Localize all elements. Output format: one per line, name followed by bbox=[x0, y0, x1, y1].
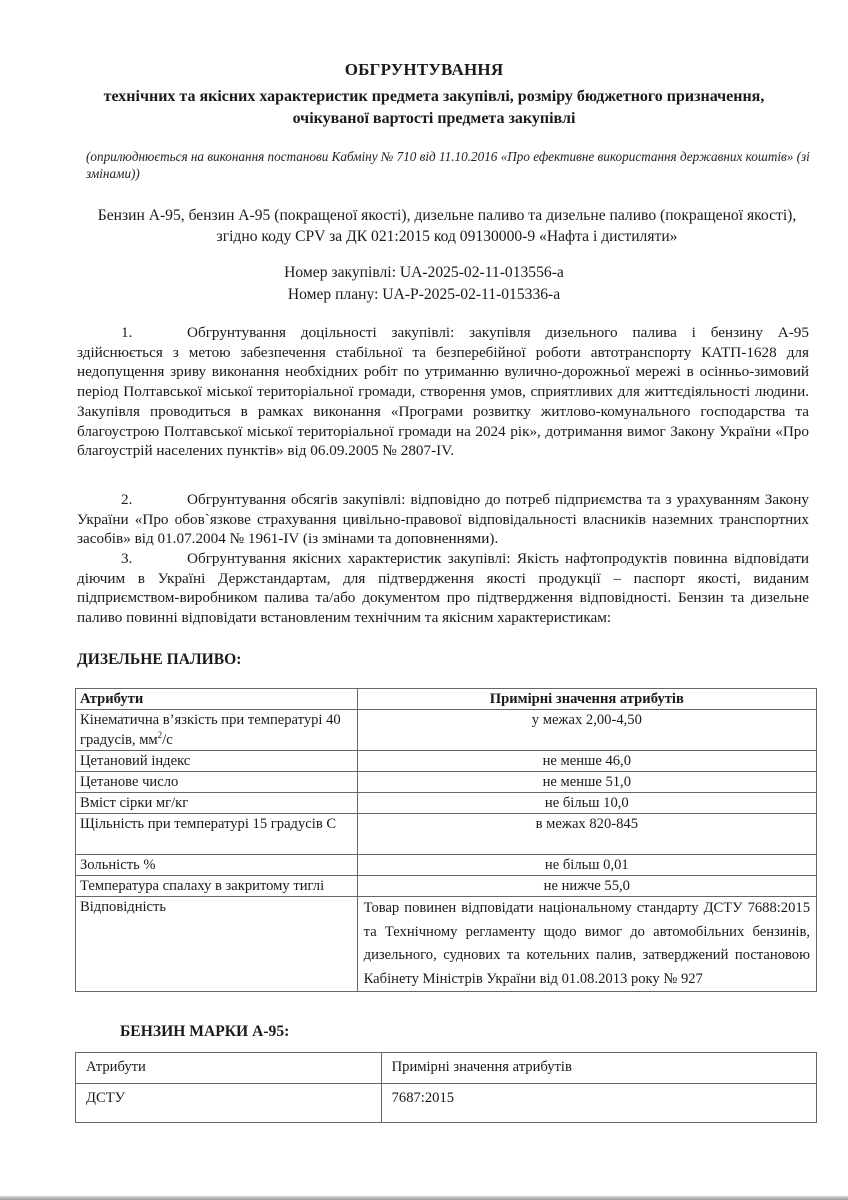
paragraph-number: 1. bbox=[121, 323, 187, 343]
table-row: Вміст сірки мг/кг не більш 10,0 bbox=[76, 793, 817, 814]
plan-number: Номер плану: UA-P-2025-02-11-015336-a bbox=[0, 284, 848, 306]
table-row: ДСТУ 7687:2015 bbox=[76, 1084, 817, 1123]
table-row: Зольність % не більш 0,01 bbox=[76, 855, 817, 876]
paragraph-number: 2. bbox=[121, 490, 187, 510]
column-header-values: Примірні значення атрибутів bbox=[357, 689, 816, 710]
table-row: Температура спалаху в закритому тиглі не… bbox=[76, 876, 817, 897]
document-page: ОБГРУНТУВАННЯ технічних та якісних харак… bbox=[0, 0, 848, 1200]
attr-cell: Цетановий індекс bbox=[76, 751, 358, 772]
paragraph-1: 1.Обгрунтування доцільності закупівлі: з… bbox=[77, 323, 809, 461]
value-cell: 7687:2015 bbox=[381, 1084, 816, 1123]
value-cell: не більш 10,0 bbox=[357, 793, 816, 814]
publication-note: (оприлюднюється на виконання постанови К… bbox=[86, 148, 816, 182]
attr-cell: Кінематична в’язкість при температурі 40… bbox=[76, 710, 358, 751]
column-header-attributes: Атрибути bbox=[76, 1053, 382, 1084]
paragraph-3: 3.Обгрунтування якісних характеристик за… bbox=[77, 549, 809, 628]
attr-unit: /с bbox=[162, 732, 173, 748]
attr-text: Кінематична в’язкість при температурі 40… bbox=[80, 712, 341, 748]
document-title: ОБГРУНТУВАННЯ bbox=[0, 60, 848, 80]
scan-edge-divider bbox=[0, 1196, 848, 1200]
attr-cell: Відповідність bbox=[76, 897, 358, 992]
value-cell: не менше 51,0 bbox=[357, 772, 816, 793]
procurement-subject: Бензин А-95, бензин А-95 (покращеної яко… bbox=[90, 205, 804, 247]
table-header-row: Атрибути Примірні значення атрибутів bbox=[76, 1053, 817, 1084]
value-cell: в межах 820-845 bbox=[357, 814, 816, 855]
paragraph-number: 3. bbox=[121, 549, 187, 569]
procurement-number: Номер закупівлі: UA-2025-02-11-013556-a bbox=[0, 262, 848, 284]
diesel-spec-table: Атрибути Примірні значення атрибутів Кін… bbox=[75, 688, 817, 992]
attr-cell: Вміст сірки мг/кг bbox=[76, 793, 358, 814]
table-row: Щільність при температурі 15 градусів С … bbox=[76, 814, 817, 855]
diesel-heading: ДИЗЕЛЬНЕ ПАЛИВО: bbox=[77, 651, 242, 669]
value-cell: у межах 2,00-4,50 bbox=[357, 710, 816, 751]
identifiers-block: Номер закупівлі: UA-2025-02-11-013556-a … bbox=[0, 262, 848, 306]
column-header-values: Примірні значення атрибутів bbox=[381, 1053, 816, 1084]
table-row: Цетановий індекс не менше 46,0 bbox=[76, 751, 817, 772]
table-header-row: Атрибути Примірні значення атрибутів bbox=[76, 689, 817, 710]
value-cell: не менше 46,0 bbox=[357, 751, 816, 772]
paragraph-2: 2.Обгрунтування обсягів закупівлі: відпо… bbox=[77, 490, 809, 549]
petrol-spec-table: Атрибути Примірні значення атрибутів ДСТ… bbox=[75, 1052, 817, 1123]
paragraph-text: Обгрунтування доцільності закупівлі: зак… bbox=[77, 324, 809, 459]
attr-cell: Щільність при температурі 15 градусів С bbox=[76, 814, 358, 855]
column-header-attributes: Атрибути bbox=[76, 689, 358, 710]
attr-cell: Зольність % bbox=[76, 855, 358, 876]
table-row: Кінематична в’язкість при температурі 40… bbox=[76, 710, 817, 751]
attr-cell: Температура спалаху в закритому тиглі bbox=[76, 876, 358, 897]
value-cell: Товар повинен відповідати національному … bbox=[357, 897, 816, 992]
value-cell: не нижче 55,0 bbox=[357, 876, 816, 897]
paragraph-text: Обгрунтування обсягів закупівлі: відпові… bbox=[77, 491, 809, 547]
attr-cell: ДСТУ bbox=[76, 1084, 382, 1123]
petrol-heading: БЕНЗИН МАРКИ А-95: bbox=[120, 1023, 289, 1041]
document-subtitle: технічних та якісних характеристик предм… bbox=[70, 86, 798, 130]
attr-cell: Цетанове число bbox=[76, 772, 358, 793]
paragraph-text: Обгрунтування якісних характеристик заку… bbox=[77, 550, 809, 626]
table-row: Цетанове число не менше 51,0 bbox=[76, 772, 817, 793]
value-cell: не більш 0,01 bbox=[357, 855, 816, 876]
table-row: Відповідність Товар повинен відповідати … bbox=[76, 897, 817, 992]
